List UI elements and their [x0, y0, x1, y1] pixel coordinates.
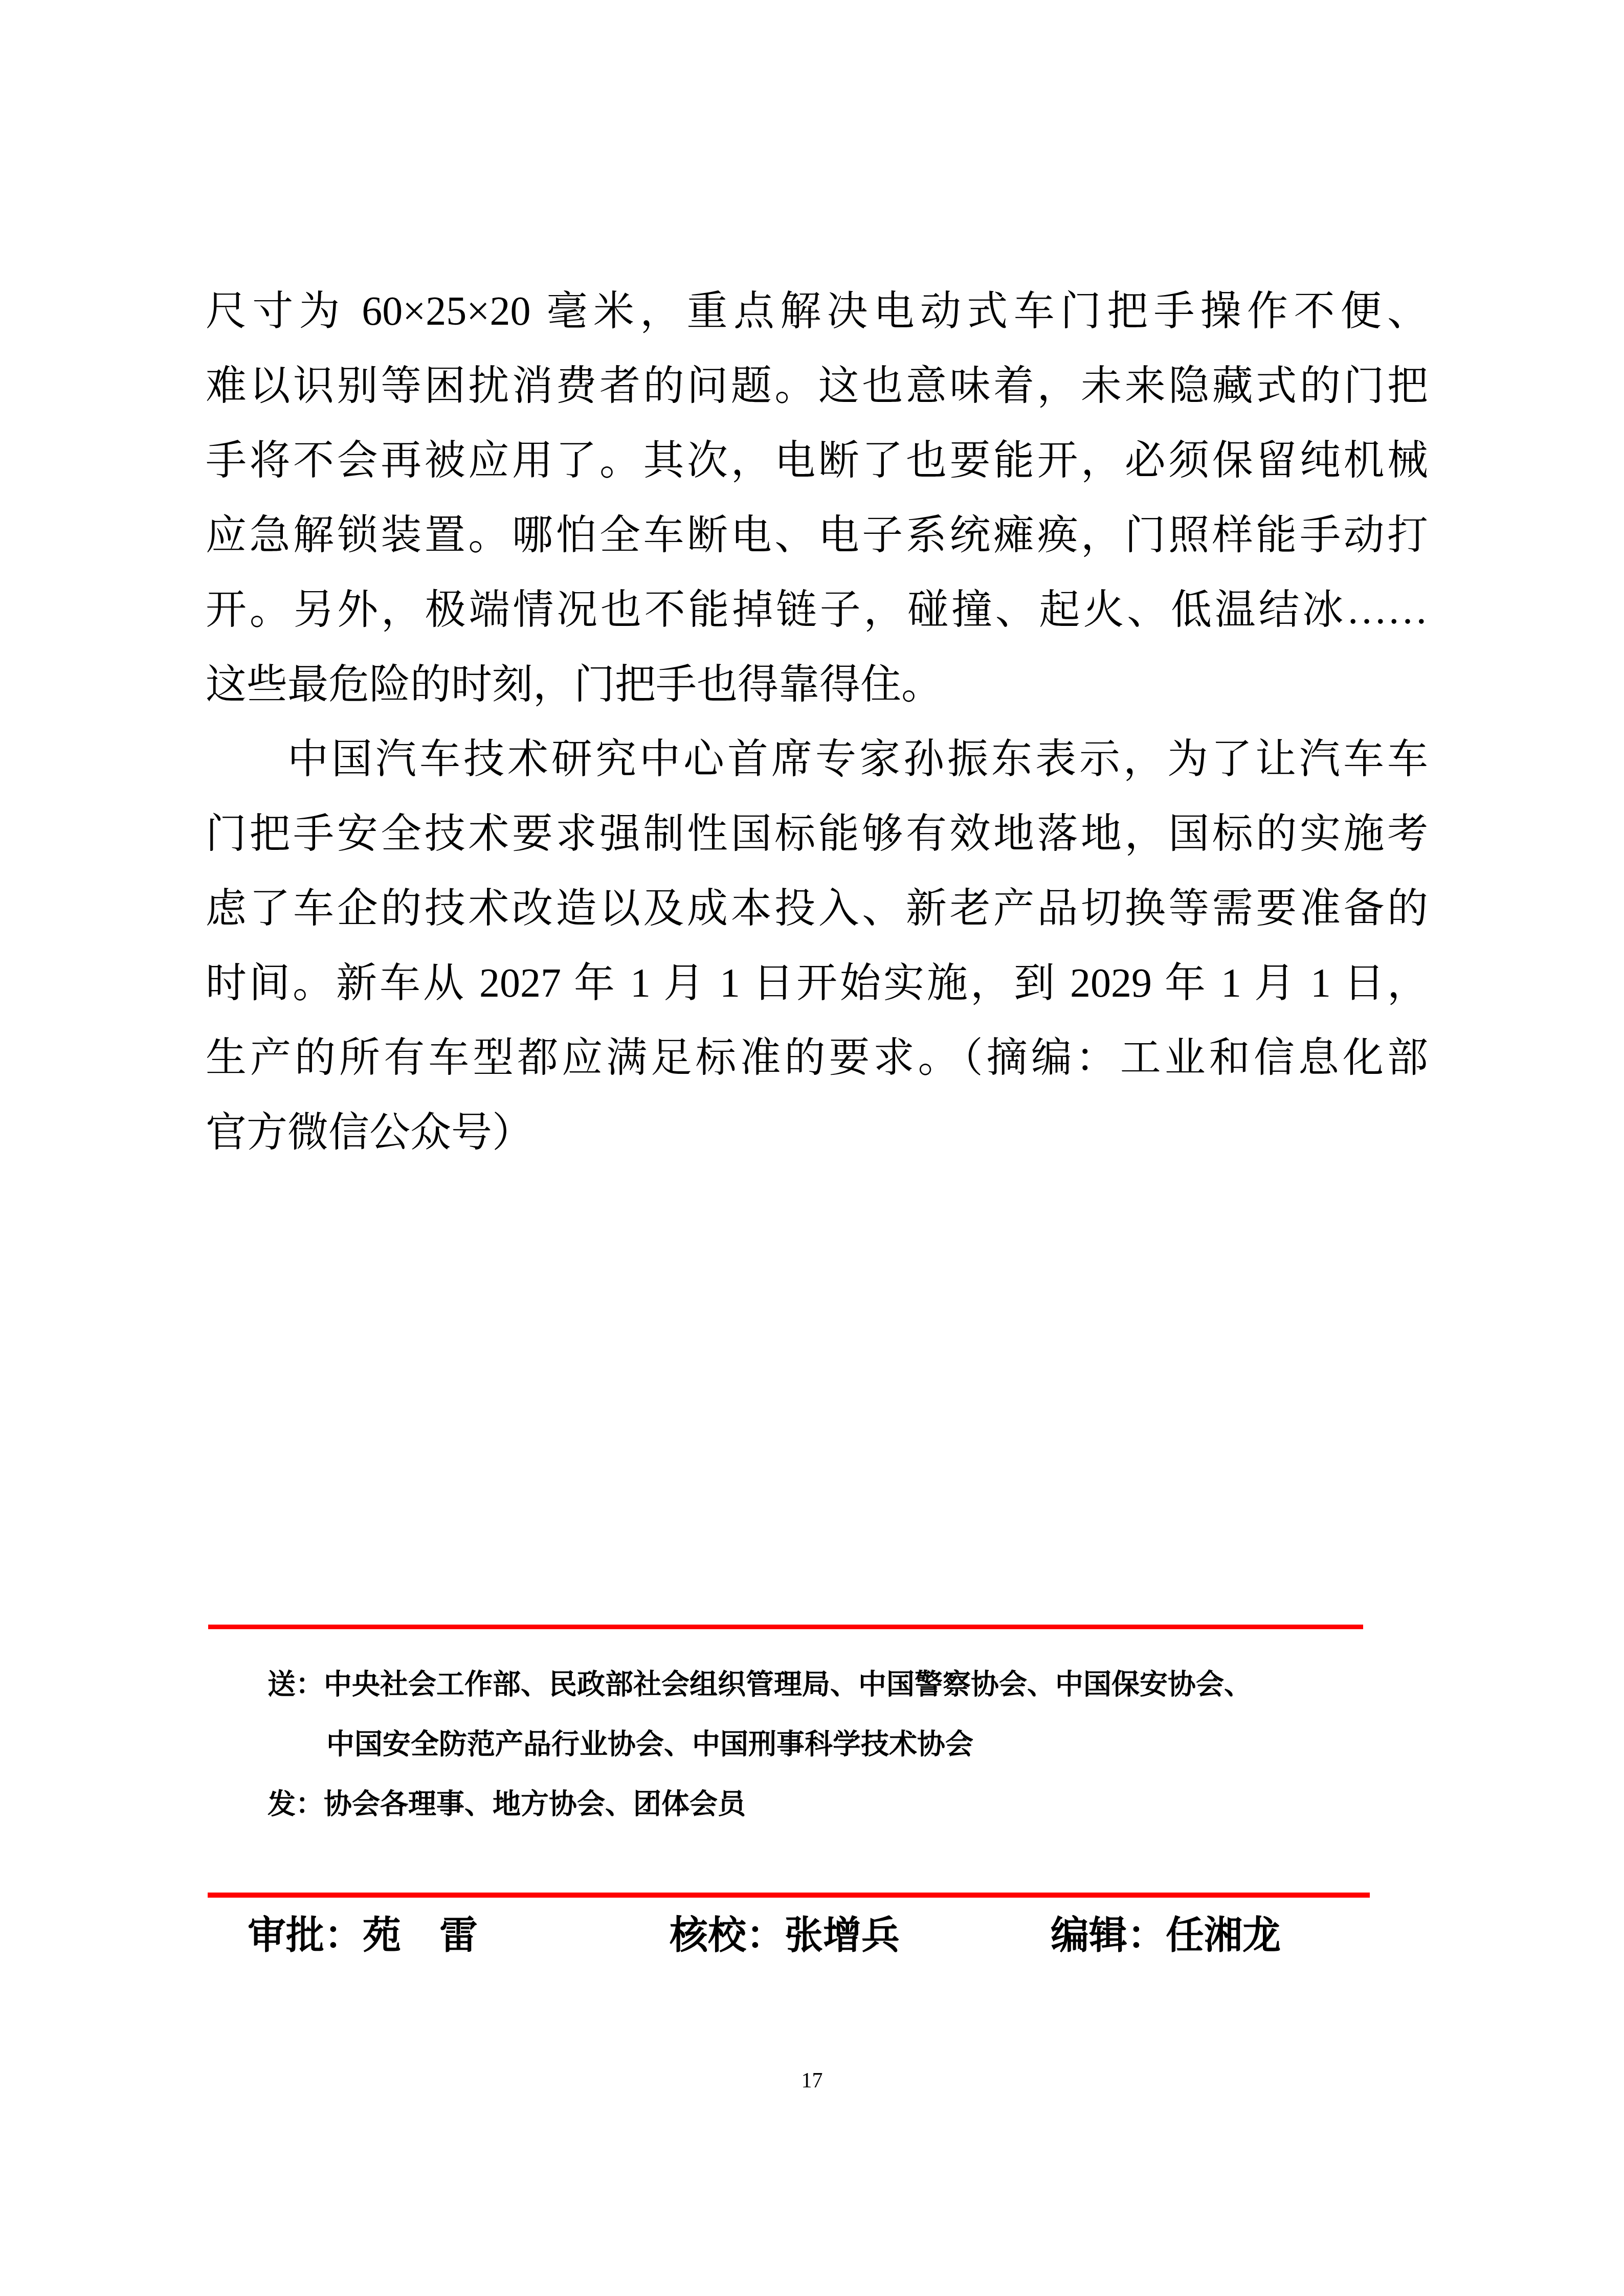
- credits-row: 审批：苑 雷 核校：张增兵 编辑：任湘龙: [0, 1916, 1624, 1962]
- editor-credit: 编辑：任湘龙: [1051, 1916, 1281, 1954]
- proofread-credit: 核校：张增兵: [670, 1916, 900, 1954]
- body-line-7: 中国汽车技术研究中心首席专家孙振东表示，为了让汽车车: [206, 722, 1428, 797]
- distribution-send-line: 送：中央社会工作部、民政部社会组织管理局、中国警察协会、中国保安协会、: [268, 1654, 1342, 1714]
- body-line-2: 难以识别等困扰消费者的问题。这也意味着，未来隐藏式的门把: [206, 349, 1428, 423]
- body-line-3: 手将不会再被应用了。其次，电断了也要能开，必须保留纯机械: [206, 423, 1428, 498]
- distribution-send-line-continued: 中国安全防范产品行业协会、中国刑事科学技术协会: [268, 1714, 1342, 1774]
- body-line-6: 这些最危险的时刻，门把手也得靠得住。: [206, 647, 1428, 722]
- page-number: 17: [0, 2070, 1624, 2091]
- body-line-12: 官方微信公众号）: [206, 1095, 1428, 1170]
- body-line-8: 门把手安全技术要求强制性国标能够有效地落地，国标的实施考: [206, 797, 1428, 871]
- distribution-block: 送：中央社会工作部、民政部社会组织管理局、中国警察协会、中国保安协会、 中国安全…: [268, 1654, 1342, 1834]
- body-line-5: 开。另外，极端情况也不能掉链子，碰撞、起火、低温结冰……: [206, 573, 1428, 647]
- body-line-4: 应急解锁装置。哪怕全车断电、电子系统瘫痪，门照样能手动打: [206, 498, 1428, 573]
- document-page: 尺寸为 60×25×20 毫米，重点解决电动式车门把手操作不便、 难以识别等困扰…: [0, 0, 1624, 2296]
- body-line-10: 时间。新车从 2027 年 1 月 1 日开始实施，到 2029 年 1 月 1…: [206, 946, 1428, 1021]
- distribution-issue-line: 发：协会各理事、地方协会、团体会员: [268, 1774, 1342, 1834]
- body-line-9: 虑了车企的技术改造以及成本投入、新老产品切换等需要准备的: [206, 871, 1428, 946]
- body-line-1: 尺寸为 60×25×20 毫米，重点解决电动式车门把手操作不便、: [206, 274, 1428, 349]
- approval-credit: 审批：苑 雷: [248, 1916, 478, 1954]
- body-line-11: 生产的所有车型都应满足标准的要求。（摘编：工业和信息化部: [206, 1021, 1428, 1095]
- article-body: 尺寸为 60×25×20 毫米，重点解决电动式车门把手操作不便、 难以识别等困扰…: [206, 274, 1428, 1170]
- red-divider-bottom: [208, 1893, 1370, 1898]
- red-divider-top: [208, 1625, 1363, 1629]
